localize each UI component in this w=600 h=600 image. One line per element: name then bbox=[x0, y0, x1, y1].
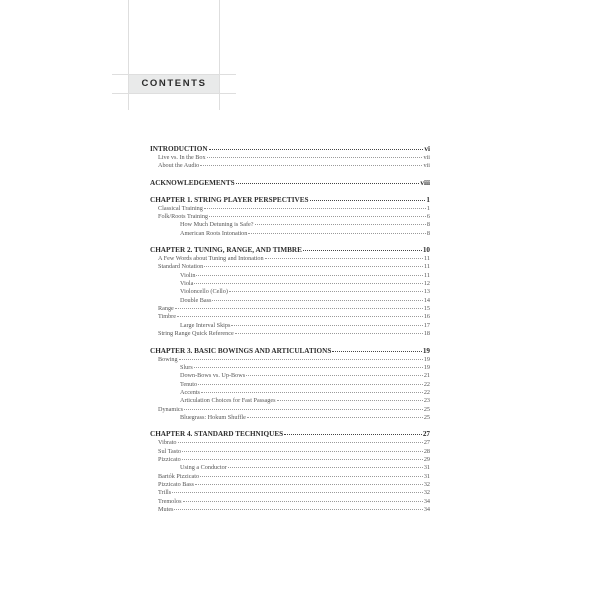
toc-entry[interactable]: Bowing19 bbox=[150, 356, 430, 364]
toc-entry-title: Pizzicato bbox=[158, 456, 181, 464]
toc-entry-page: 8 bbox=[427, 221, 430, 229]
toc-entry[interactable]: Articulation Choices for Fast Passages23 bbox=[150, 397, 430, 405]
dot-leader bbox=[182, 451, 423, 452]
toc-entry-page: 18 bbox=[424, 330, 430, 338]
dot-leader bbox=[204, 266, 423, 267]
toc-entry[interactable]: Tenuto22 bbox=[150, 381, 430, 389]
toc-entry-page: 13 bbox=[424, 288, 430, 296]
toc-entry-page: vii bbox=[423, 162, 430, 170]
dot-leader bbox=[178, 442, 423, 443]
toc-entry[interactable]: Slurs19 bbox=[150, 364, 430, 372]
toc-entry-title: Classical Training bbox=[158, 205, 203, 213]
dot-leader bbox=[183, 501, 423, 502]
dot-leader bbox=[265, 258, 423, 259]
toc-entry-title: Tenuto bbox=[180, 381, 197, 389]
toc-entry-page: 12 bbox=[424, 280, 430, 288]
dot-leader bbox=[195, 484, 423, 485]
toc-entry-page: 11 bbox=[424, 263, 430, 271]
dot-leader bbox=[303, 250, 422, 251]
dot-leader bbox=[179, 359, 423, 360]
toc-entry[interactable]: Accents22 bbox=[150, 389, 430, 397]
dot-leader bbox=[174, 509, 422, 510]
toc-entry-page: 32 bbox=[424, 489, 430, 497]
toc-entry-title: Range bbox=[158, 305, 174, 313]
toc-entry[interactable]: Violin11 bbox=[150, 272, 430, 280]
dot-leader bbox=[332, 351, 421, 352]
dot-leader bbox=[194, 367, 423, 368]
toc-entry-page: 29 bbox=[424, 456, 430, 464]
toc-entry-title: Live vs. In the Box bbox=[158, 154, 206, 162]
toc-entry-page: 22 bbox=[424, 389, 430, 397]
dot-leader bbox=[204, 208, 426, 209]
toc-entry-title: CHAPTER 3. BASIC BOWINGS AND ARTICULATIO… bbox=[150, 347, 331, 356]
toc-entry[interactable]: Range15 bbox=[150, 305, 430, 313]
dot-leader bbox=[277, 400, 423, 401]
toc-entry-title: Mutes bbox=[158, 506, 173, 514]
toc-entry[interactable]: Timbre16 bbox=[150, 313, 430, 321]
toc-entry[interactable]: Using a Conductor31 bbox=[150, 464, 430, 472]
toc-entry-page: 11 bbox=[424, 272, 430, 280]
dot-leader bbox=[209, 216, 426, 217]
toc-entry-title: Articulation Choices for Fast Passages bbox=[180, 397, 276, 405]
dot-leader bbox=[177, 316, 423, 317]
toc-section-entry[interactable]: INTRODUCTIONvi bbox=[150, 145, 430, 154]
toc-section-entry[interactable]: ACKNOWLEDGEMENTSviii bbox=[150, 179, 430, 188]
table-of-contents: INTRODUCTIONviLive vs. In the BoxviiAbou… bbox=[150, 145, 430, 522]
toc-entry-page: 31 bbox=[424, 464, 430, 472]
toc-entry-title: CHAPTER 1. STRING PLAYER PERSPECTIVES bbox=[150, 196, 309, 205]
toc-entry[interactable]: Sul Tasto28 bbox=[150, 448, 430, 456]
toc-entry-page: 21 bbox=[424, 372, 430, 380]
dot-leader bbox=[229, 291, 423, 292]
toc-entry[interactable]: Viola12 bbox=[150, 280, 430, 288]
toc-entry[interactable]: Pizzicato Bass32 bbox=[150, 481, 430, 489]
dot-leader bbox=[247, 417, 423, 418]
toc-section-entry[interactable]: CHAPTER 2. TUNING, RANGE, AND TIMBRE10 bbox=[150, 246, 430, 255]
dot-leader bbox=[248, 233, 426, 234]
dot-leader bbox=[198, 384, 423, 385]
toc-entry-title: Bartók Pizzicato bbox=[158, 473, 199, 481]
toc-entry-page: 14 bbox=[424, 297, 430, 305]
toc-entry-page: 1 bbox=[426, 196, 430, 205]
toc-entry[interactable]: Pizzicato29 bbox=[150, 456, 430, 464]
toc-entry-title: Sul Tasto bbox=[158, 448, 181, 456]
dot-leader bbox=[175, 308, 423, 309]
toc-entry[interactable]: Mutes34 bbox=[150, 506, 430, 514]
toc-entry-page: 34 bbox=[424, 506, 430, 514]
dot-leader bbox=[212, 300, 422, 301]
toc-entry-title: CHAPTER 2. TUNING, RANGE, AND TIMBRE bbox=[150, 246, 302, 255]
toc-entry-page: 31 bbox=[424, 473, 430, 481]
toc-entry-title: About the Audio bbox=[158, 162, 199, 170]
toc-section-entry[interactable]: CHAPTER 1. STRING PLAYER PERSPECTIVES1 bbox=[150, 196, 430, 205]
toc-entry-page: vi bbox=[424, 145, 430, 154]
toc-entry[interactable]: Classical Training1 bbox=[150, 205, 430, 213]
toc-section: INTRODUCTIONviLive vs. In the BoxviiAbou… bbox=[150, 145, 430, 171]
toc-section: ACKNOWLEDGEMENTSviii bbox=[150, 179, 430, 188]
toc-entry-page: vii bbox=[423, 154, 430, 162]
toc-entry-page: 32 bbox=[424, 481, 430, 489]
toc-entry-page: 16 bbox=[424, 313, 430, 321]
toc-section: CHAPTER 3. BASIC BOWINGS AND ARTICULATIO… bbox=[150, 347, 430, 423]
dot-leader bbox=[201, 392, 423, 393]
toc-entry-page: 6 bbox=[427, 213, 430, 221]
toc-entry-title: Timbre bbox=[158, 313, 176, 321]
toc-entry-page: 27 bbox=[423, 430, 430, 439]
dot-leader bbox=[207, 157, 423, 158]
toc-entry[interactable]: Bartók Pizzicato31 bbox=[150, 473, 430, 481]
toc-entry-title: String Range Quick Reference bbox=[158, 330, 234, 338]
toc-entry-page: viii bbox=[420, 179, 430, 188]
toc-entry[interactable]: Bluegrass: Hokum Shuffle25 bbox=[150, 414, 430, 422]
toc-entry-title: Using a Conductor bbox=[180, 464, 227, 472]
toc-section: CHAPTER 1. STRING PLAYER PERSPECTIVES1Cl… bbox=[150, 196, 430, 238]
guide-line-bottom bbox=[112, 93, 236, 94]
toc-entry-page: 10 bbox=[423, 246, 430, 255]
toc-entry[interactable]: Dynamics25 bbox=[150, 406, 430, 414]
toc-entry[interactable]: Tremolos34 bbox=[150, 498, 430, 506]
dot-leader bbox=[196, 275, 423, 276]
dot-leader bbox=[228, 467, 423, 468]
toc-entry-page: 19 bbox=[424, 356, 430, 364]
toc-entry-page: 19 bbox=[423, 347, 430, 356]
toc-entry-title: Tremolos bbox=[158, 498, 182, 506]
toc-entry-title: Violoncello (Cello) bbox=[180, 288, 228, 296]
toc-entry-page: 8 bbox=[427, 230, 430, 238]
toc-entry-title: Violin bbox=[180, 272, 195, 280]
toc-entry[interactable]: A Few Words about Tuning and Intonation1… bbox=[150, 255, 430, 263]
dot-leader bbox=[236, 183, 420, 184]
toc-entry-title: Accents bbox=[180, 389, 200, 397]
toc-entry-page: 25 bbox=[424, 414, 430, 422]
toc-entry-title: Large Interval Skips bbox=[180, 322, 230, 330]
dot-leader bbox=[246, 375, 423, 376]
toc-entry[interactable]: About the Audiovii bbox=[150, 162, 430, 170]
toc-entry[interactable]: Trills32 bbox=[150, 489, 430, 497]
toc-entry-title: Dynamics bbox=[158, 406, 183, 414]
toc-entry-title: How Much Detuning is Safe? bbox=[180, 221, 254, 229]
toc-entry-title: Bowing bbox=[158, 356, 178, 364]
toc-entry-title: Pizzicato Bass bbox=[158, 481, 194, 489]
toc-entry-page: 28 bbox=[424, 448, 430, 456]
toc-entry-page: 27 bbox=[424, 439, 430, 447]
dot-leader bbox=[172, 492, 423, 493]
toc-entry[interactable]: Double Bass14 bbox=[150, 297, 430, 305]
dot-leader bbox=[200, 476, 423, 477]
toc-entry[interactable]: American Roots Intonation8 bbox=[150, 230, 430, 238]
toc-entry-page: 19 bbox=[424, 364, 430, 372]
toc-entry-title: Folk/Roots Training bbox=[158, 213, 208, 221]
toc-entry[interactable]: Vibrato27 bbox=[150, 439, 430, 447]
toc-entry-page: 11 bbox=[424, 255, 430, 263]
dot-leader bbox=[194, 283, 422, 284]
toc-entry-page: 25 bbox=[424, 406, 430, 414]
dot-leader bbox=[182, 459, 423, 460]
toc-entry[interactable]: Folk/Roots Training6 bbox=[150, 213, 430, 221]
toc-entry-title: Down-Bows vs. Up-Bows bbox=[180, 372, 245, 380]
dot-leader bbox=[310, 200, 426, 201]
toc-section-entry[interactable]: CHAPTER 3. BASIC BOWINGS AND ARTICULATIO… bbox=[150, 347, 430, 356]
toc-entry-title: American Roots Intonation bbox=[180, 230, 247, 238]
toc-section-entry[interactable]: CHAPTER 4. STANDARD TECHNIQUES27 bbox=[150, 430, 430, 439]
toc-entry[interactable]: Violoncello (Cello)13 bbox=[150, 288, 430, 296]
toc-entry[interactable]: Large Interval Skips17 bbox=[150, 322, 430, 330]
toc-entry-title: Trills bbox=[158, 489, 171, 497]
dot-leader bbox=[184, 409, 423, 410]
dot-leader bbox=[235, 333, 423, 334]
toc-entry-title: INTRODUCTION bbox=[150, 145, 208, 154]
toc-entry[interactable]: How Much Detuning is Safe?8 bbox=[150, 221, 430, 229]
toc-entry-page: 15 bbox=[424, 305, 430, 313]
page-title: CONTENTS bbox=[129, 75, 219, 93]
toc-entry[interactable]: Live vs. In the Boxvii bbox=[150, 154, 430, 162]
dot-leader bbox=[209, 149, 424, 150]
toc-entry-title: Double Bass bbox=[180, 297, 211, 305]
dot-leader bbox=[255, 224, 426, 225]
toc-entry-title: CHAPTER 4. STANDARD TECHNIQUES bbox=[150, 430, 283, 439]
toc-entry-title: ACKNOWLEDGEMENTS bbox=[150, 179, 235, 188]
toc-entry-title: Bluegrass: Hokum Shuffle bbox=[180, 414, 246, 422]
toc-entry[interactable]: Down-Bows vs. Up-Bows21 bbox=[150, 372, 430, 380]
dot-leader bbox=[284, 434, 422, 435]
toc-section: CHAPTER 4. STANDARD TECHNIQUES27Vibrato2… bbox=[150, 430, 430, 514]
dot-leader bbox=[231, 325, 422, 326]
toc-entry-title: Viola bbox=[180, 280, 193, 288]
toc-entry[interactable]: Standard Notation11 bbox=[150, 263, 430, 271]
dot-leader bbox=[200, 165, 422, 166]
toc-entry-page: 23 bbox=[424, 397, 430, 405]
toc-entry-page: 17 bbox=[424, 322, 430, 330]
toc-section: CHAPTER 2. TUNING, RANGE, AND TIMBRE10A … bbox=[150, 246, 430, 338]
toc-entry-title: Vibrato bbox=[158, 439, 177, 447]
toc-entry[interactable]: String Range Quick Reference18 bbox=[150, 330, 430, 338]
toc-entry-title: Slurs bbox=[180, 364, 193, 372]
toc-entry-page: 22 bbox=[424, 381, 430, 389]
toc-entry-page: 34 bbox=[424, 498, 430, 506]
toc-entry-title: A Few Words about Tuning and Intonation bbox=[158, 255, 264, 263]
toc-entry-title: Standard Notation bbox=[158, 263, 203, 271]
toc-entry-page: 1 bbox=[427, 205, 430, 213]
